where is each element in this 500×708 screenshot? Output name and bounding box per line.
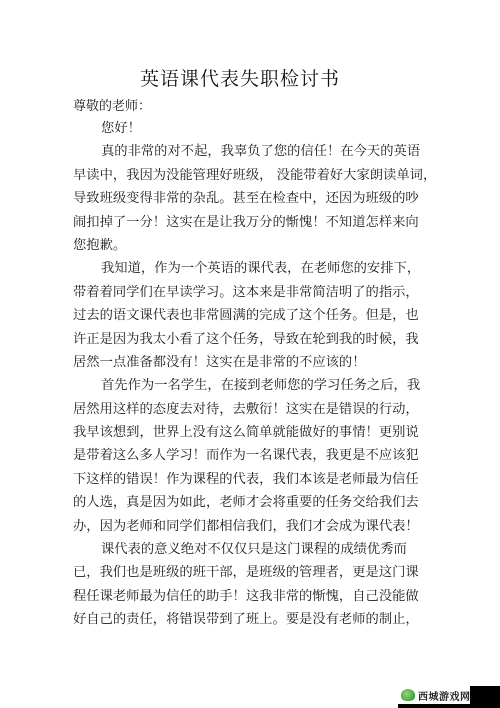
text-line: 好自己的责任，将错误带到了班上。要是没有老师的制止， bbox=[73, 608, 393, 631]
text-line: 我早该想到，世界上没有这么简单就能做好的事情！更别说 bbox=[73, 421, 393, 444]
text-line: 导致班级变得非常的杂乱。甚至在检查中，还因为班级的吵 bbox=[73, 187, 393, 210]
text-line: 的人选，真是因为如此，老师才会将重要的任务交给我们去 bbox=[73, 491, 393, 514]
text-line: 居然用这样的态度去对待，去敷衍！这实在是错误的行动， bbox=[73, 398, 393, 421]
document-title: 英语课代表失职检讨书 bbox=[0, 64, 480, 91]
text-line: 是带着这么多人学习！而作为一名课代表，我更是不应该犯 bbox=[73, 444, 393, 467]
watermark: 西城游戏网 bbox=[398, 682, 500, 708]
text-line: 过去的语文课代表也非常圆满的完成了这个任务。但是，也 bbox=[73, 304, 393, 327]
text-line: 许正是因为我太小看了这个任务，导致在轮到我的时候，我 bbox=[73, 328, 393, 351]
text-line: 居然一点准备都没有！这实在是非常的不应该的！ bbox=[73, 351, 393, 374]
text-line: 下这样的错误！作为课程的代表，我们本该是老师最为信任 bbox=[73, 468, 393, 491]
text-line: 课代表的意义绝对不仅仅只是这门课程的成绩优秀而 bbox=[73, 538, 393, 561]
text-line: 闹扣掉了一分！这实在是让我万分的惭愧！不知道怎样来向 bbox=[73, 211, 393, 234]
text-line: 真的非常的对不起，我辜负了您的信任！在今天的英语 bbox=[73, 140, 393, 163]
text-line: 已，我们也是班级的班干部，是班级的管理者，更是这门课 bbox=[73, 561, 393, 584]
salutation: 尊敬的老师： bbox=[73, 95, 151, 114]
text-line: 您抱歉。 bbox=[73, 234, 393, 257]
text-line: 早读中，我因为没能管理好班级， 没能带着好大家朗读单词， bbox=[73, 164, 393, 187]
document-page: 英语课代表失职检讨书 尊敬的老师： 您好！ 真的非常的对不起，我辜负了您的信任！… bbox=[0, 0, 500, 708]
leaf-logo-icon bbox=[401, 689, 415, 701]
text-line: 您好！ bbox=[73, 117, 393, 140]
text-line: 带着着同学们在早读学习。这本来是非常简洁明了的指示， bbox=[73, 281, 393, 304]
text-line: 我知道，作为一个英语的课代表，在老师您的安排下， bbox=[73, 257, 393, 280]
text-line: 首先作为一名学生，在接到老师您的学习任务之后，我 bbox=[73, 374, 393, 397]
watermark-badge: 西城游戏网 bbox=[398, 685, 474, 705]
text-line: 办，因为老师和同学们都相信我们，我们才会成为课代表！ bbox=[73, 515, 393, 538]
document-body: 您好！ 真的非常的对不起，我辜负了您的信任！在今天的英语 早读中，我因为没能管理… bbox=[73, 117, 393, 632]
watermark-text: 西城游戏网 bbox=[418, 688, 471, 703]
text-line: 程任课老师最为信任的助手！这我非常的惭愧，自己没能做 bbox=[73, 585, 393, 608]
watermark-black-bar bbox=[398, 704, 500, 708]
